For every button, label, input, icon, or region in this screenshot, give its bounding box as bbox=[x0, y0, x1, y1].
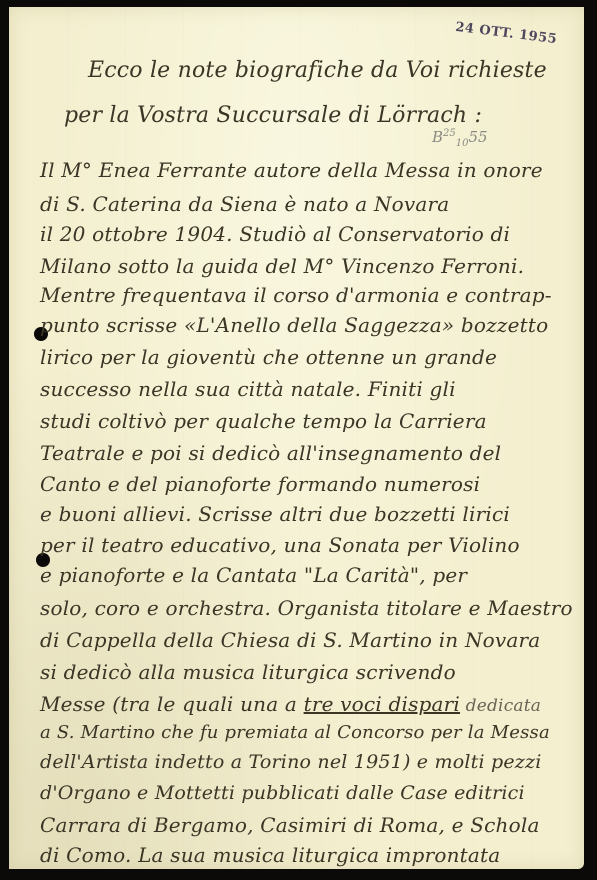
body-line: successo nella sua città natale. Finiti … bbox=[40, 377, 456, 401]
body-line: d'Organo e Mottetti pubblicati dalle Cas… bbox=[40, 782, 525, 804]
body-line: di S. Caterina da Siena è nato a Novara bbox=[40, 192, 449, 216]
body-line: si dedicò alla musica liturgica scrivend… bbox=[40, 660, 456, 684]
body-line: studi coltivò per qualche tempo la Carri… bbox=[40, 409, 487, 433]
body-line: di Como. La sua musica liturgica impront… bbox=[40, 843, 500, 867]
body-line: e buoni allievi. Scrisse altri due bozze… bbox=[40, 502, 510, 526]
body-line: punto scrisse «L'Anello della Saggezza» … bbox=[40, 313, 548, 337]
underlined-phrase: tre voci dispari bbox=[304, 692, 460, 716]
annotation-suffix: 55 bbox=[469, 128, 488, 146]
body-line: solo, coro e orchestra. Organista titola… bbox=[40, 596, 573, 620]
body-line: Milano sotto la guida del M° Vincenzo Fe… bbox=[40, 254, 524, 278]
body-line-text: dedicata bbox=[460, 696, 541, 716]
body-line: Teatrale e poi si dedicò all'insegnament… bbox=[40, 441, 501, 465]
body-line: Il M° Enea Ferrante autore della Messa i… bbox=[40, 158, 543, 182]
body-line: Mentre frequentava il corso d'armonia e … bbox=[40, 283, 552, 307]
archive-annotation: B251055 bbox=[432, 128, 488, 149]
greeting-line: per la Vostra Succursale di Lörrach : bbox=[64, 103, 482, 128]
body-line: lirico per la gioventù che ottenne un gr… bbox=[40, 345, 497, 369]
annotation-letter: B bbox=[432, 128, 443, 146]
body-line: di Cappella della Chiesa di S. Martino i… bbox=[40, 628, 540, 652]
body-line-text: Messe (tra le quali una a bbox=[40, 692, 297, 716]
body-line: il 20 ottobre 1904. Studiò al Conservato… bbox=[40, 222, 510, 246]
body-line: Canto e del pianoforte formando numerosi bbox=[40, 472, 480, 496]
annotation-sub: 10 bbox=[456, 138, 469, 149]
body-line: Messe (tra le quali una a tre voci dispa… bbox=[40, 692, 541, 716]
greeting-line: Ecco le note biografiche da Voi richiest… bbox=[88, 58, 547, 83]
body-line: e pianoforte e la Cantata "La Carità", p… bbox=[40, 563, 467, 587]
body-line: a S. Martino che fu premiata al Concorso… bbox=[40, 722, 550, 743]
annotation-sup: 25 bbox=[443, 128, 456, 139]
body-line: Carrara di Bergamo, Casimiri di Roma, e … bbox=[40, 813, 540, 837]
body-line: per il teatro educativo, una Sonata per … bbox=[40, 533, 520, 557]
body-line: dell'Artista indetto a Torino nel 1951) … bbox=[40, 751, 541, 773]
